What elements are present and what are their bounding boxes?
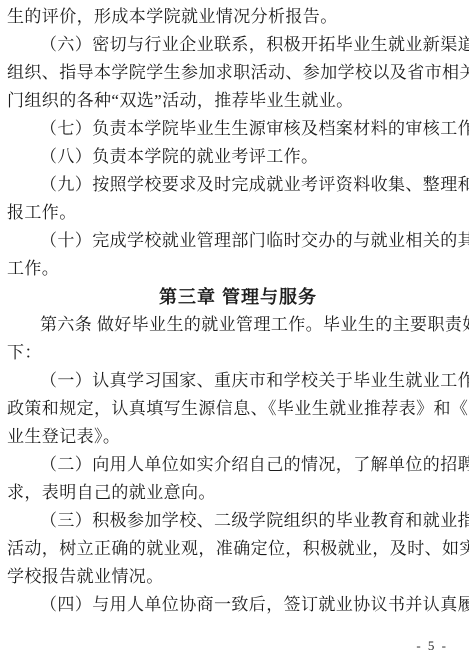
- text-line: （六）密切与行业企业联系，积极开拓毕业生就业新渠道，: [7, 31, 469, 59]
- text-line: （四）与用人单位协商一致后，签订就业协议书并认真履行: [7, 591, 469, 619]
- document-page: 生的评价，形成本学院就业情况分析报告。 （六）密切与行业企业联系，积极开拓毕业生…: [0, 0, 475, 669]
- text-line: 业生登记表》。: [7, 423, 469, 451]
- text-line: 下：: [7, 339, 469, 367]
- text-line: （八）负责本学院的就业考评工作。: [7, 143, 469, 171]
- text-line: 生的评价，形成本学院就业情况分析报告。: [7, 3, 469, 31]
- text-line: 报工作。: [7, 199, 469, 227]
- section-heading: 第三章 管理与服务: [7, 283, 469, 311]
- text-line: 第六条 做好毕业生的就业管理工作。毕业生的主要职责如: [7, 311, 469, 339]
- text-line: 工作。: [7, 255, 469, 283]
- text-line: （一）认真学习国家、重庆市和学校关于毕业生就业工作的: [7, 367, 469, 395]
- text-line: 求，表明自己的就业意向。: [7, 479, 469, 507]
- text-line: （七）负责本学院毕业生生源审核及档案材料的审核工作。: [7, 115, 469, 143]
- text-line: （十）完成学校就业管理部门临时交办的与就业相关的其他: [7, 227, 469, 255]
- text-line: （二）向用人单位如实介绍自己的情况，了解单位的招聘需: [7, 451, 469, 479]
- text-line: 活动，树立正确的就业观，准确定位，积极就业，及时、如实向: [7, 535, 469, 563]
- text-line: 组织、指导本学院学生参加求职活动、参加学校以及省市相关部: [7, 59, 469, 87]
- page-number: - 5 -: [416, 638, 448, 654]
- text-line: （九）按照学校要求及时完成就业考评资料收集、整理和上: [7, 171, 469, 199]
- text-line: 学校报告就业情况。: [7, 563, 469, 591]
- text-line: （三）积极参加学校、二级学院组织的毕业教育和就业指导: [7, 507, 469, 535]
- document-text-block: 生的评价，形成本学院就业情况分析报告。 （六）密切与行业企业联系，积极开拓毕业生…: [7, 3, 469, 619]
- text-line: 政策和规定，认真填写生源信息、《毕业生就业推荐表》和《毕: [7, 395, 469, 423]
- text-line: 门组织的各种“双选”活动，推荐毕业生就业。: [7, 87, 469, 115]
